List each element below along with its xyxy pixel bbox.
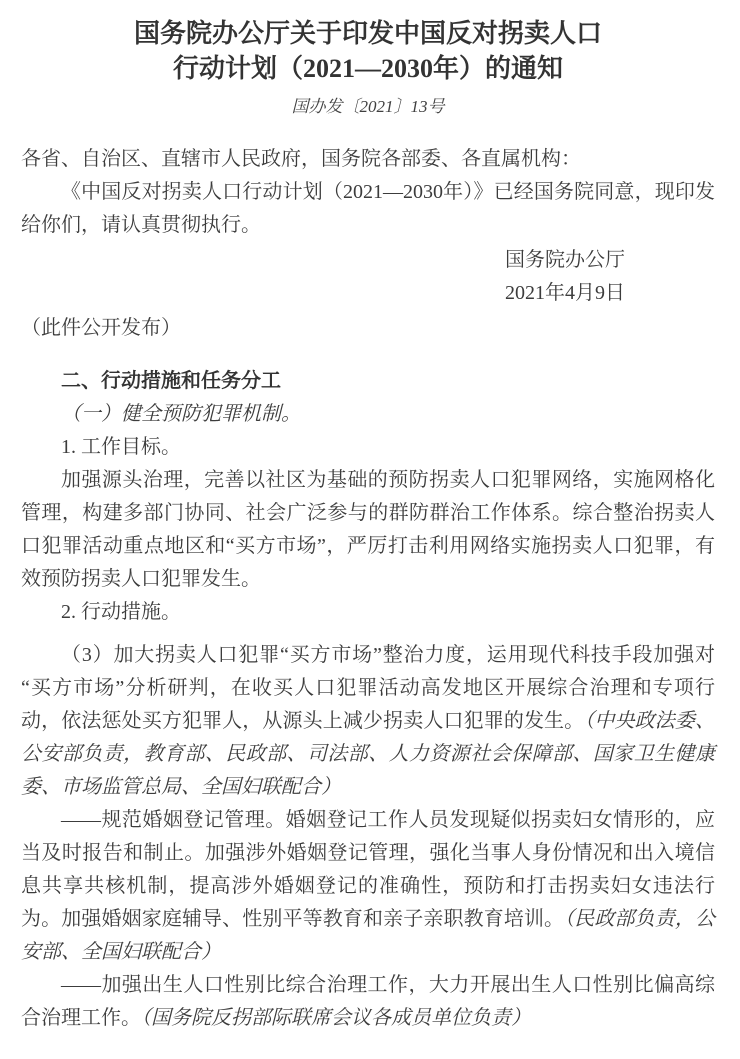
measure-3-paragraph: （3）加大拐卖人口犯罪“买方市场”整治力度，运用现代科技手段加强对“买方市场”分… — [21, 639, 715, 804]
salutation: 各省、自治区、直辖市人民政府，国务院各部委、各直属机构： — [21, 143, 715, 176]
dash-item-2-paragraph: ——加强出生人口性别比综合治理工作，大力开展出生人口性别比偏高综合治理工作。（国… — [21, 969, 715, 1035]
document-page: 国务院办公厅关于印发中国反对拐卖人口 行动计划（2021—2030年）的通知 国… — [0, 0, 740, 1059]
subsection-heading: （一）健全预防犯罪机制。 — [21, 398, 715, 431]
goal-heading: 1. 工作目标。 — [21, 431, 715, 464]
document-title-line1: 国务院办公厅关于印发中国反对拐卖人口 — [134, 19, 602, 48]
document-title: 国务院办公厅关于印发中国反对拐卖人口 行动计划（2021—2030年）的通知 — [21, 16, 715, 86]
dash-item-1-paragraph: ——规范婚姻登记管理。婚姻登记工作人员发现疑似拐卖妇女情形的，应当及时报告和制止… — [21, 804, 715, 969]
public-release-note: （此件公开发布） — [21, 312, 715, 345]
document-number: 国办发〔2021〕13号 — [21, 95, 715, 119]
goal-paragraph: 加强源头治理，完善以社区为基础的预防拐卖人口犯罪网络，实施网格化管理，构建多部门… — [21, 464, 715, 596]
signature-block: 国务院办公厅 2021年4月9日 — [21, 244, 715, 310]
section-heading: 二、行动措施和任务分工 — [21, 365, 715, 398]
intro-paragraph: 《中国反对拐卖人口行动计划（2021—2030年）》已经国务院同意，现印发给你们… — [21, 176, 715, 242]
dash-item-2-responsibility: （国务院反拐部际联席会议各成员单位负责） — [141, 1007, 531, 1029]
signature-office: 国务院办公厅 — [21, 244, 625, 277]
measures-heading: 2. 行动措施。 — [21, 596, 715, 629]
document-title-line2: 行动计划（2021—2030年）的通知 — [173, 54, 563, 83]
signature-date: 2021年4月9日 — [21, 277, 625, 310]
